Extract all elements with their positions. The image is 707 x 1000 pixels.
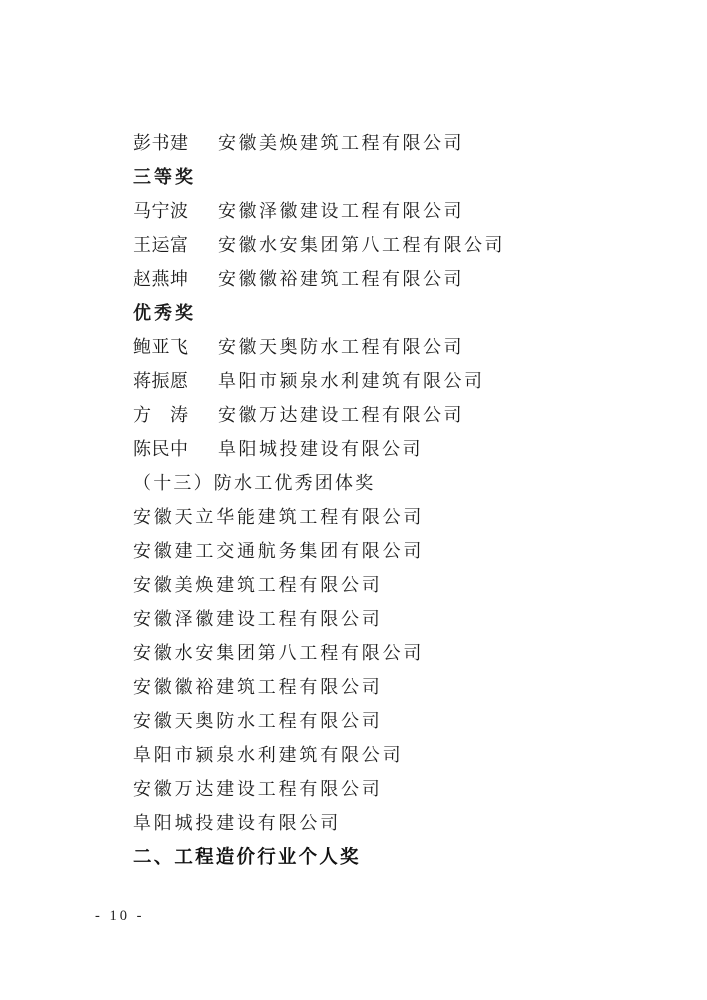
winner-company: 安徽天奥防水工程有限公司	[218, 337, 464, 357]
excellence-prize-heading: 优秀奖	[133, 296, 673, 330]
team-award-company: 安徽美焕建筑工程有限公司	[133, 568, 673, 602]
team-award-company: 安徽天立华能建筑工程有限公司	[133, 500, 673, 534]
winner-company: 阜阳市颍泉水利建筑有限公司	[218, 371, 485, 391]
winner-name: 蒋振愿	[133, 364, 218, 398]
award-winner-row: 方 涛安徽万达建设工程有限公司	[133, 398, 673, 432]
winner-company: 安徽美焕建筑工程有限公司	[218, 133, 464, 153]
winner-company: 安徽水安集团第八工程有限公司	[218, 235, 505, 255]
team-award-company: 阜阳城投建设有限公司	[133, 806, 673, 840]
team-award-company: 安徽水安集团第八工程有限公司	[133, 636, 673, 670]
team-award-company: 安徽建工交通航务集团有限公司	[133, 534, 673, 568]
team-award-heading: （十三）防水工优秀团体奖	[133, 466, 673, 500]
winner-company: 安徽徽裕建筑工程有限公司	[218, 269, 464, 289]
award-winner-row: 彭书建安徽美焕建筑工程有限公司	[133, 126, 673, 160]
award-winner-row: 陈民中阜阳城投建设有限公司	[133, 432, 673, 466]
winner-name: 彭书建	[133, 126, 218, 160]
award-winner-row: 马宁波安徽泽徽建设工程有限公司	[133, 194, 673, 228]
winner-name: 陈民中	[133, 432, 218, 466]
award-winner-row: 王运富安徽水安集团第八工程有限公司	[133, 228, 673, 262]
winner-name: 王运富	[133, 228, 218, 262]
team-award-company: 安徽万达建设工程有限公司	[133, 772, 673, 806]
team-award-company: 安徽泽徽建设工程有限公司	[133, 602, 673, 636]
winner-company: 阜阳城投建设有限公司	[218, 439, 423, 459]
team-award-company: 阜阳市颍泉水利建筑有限公司	[133, 738, 673, 772]
winner-name: 马宁波	[133, 194, 218, 228]
third-prize-heading: 三等奖	[133, 160, 673, 194]
winner-name: 方 涛	[133, 398, 218, 432]
document-page: 彭书建安徽美焕建筑工程有限公司 三等奖 马宁波安徽泽徽建设工程有限公司 王运富安…	[0, 0, 707, 1000]
page-number: - 10 -	[95, 908, 144, 925]
award-winner-row: 赵燕坤安徽徽裕建筑工程有限公司	[133, 262, 673, 296]
team-award-company: 安徽徽裕建筑工程有限公司	[133, 670, 673, 704]
winner-company: 安徽万达建设工程有限公司	[218, 405, 464, 425]
award-winner-row: 蒋振愿阜阳市颍泉水利建筑有限公司	[133, 364, 673, 398]
winner-name: 鲍亚飞	[133, 330, 218, 364]
document-content: 彭书建安徽美焕建筑工程有限公司 三等奖 马宁波安徽泽徽建设工程有限公司 王运富安…	[133, 126, 673, 874]
award-winner-row: 鲍亚飞安徽天奥防水工程有限公司	[133, 330, 673, 364]
team-award-company: 安徽天奥防水工程有限公司	[133, 704, 673, 738]
winner-name: 赵燕坤	[133, 262, 218, 296]
next-section-heading: 二、工程造价行业个人奖	[133, 840, 673, 874]
winner-company: 安徽泽徽建设工程有限公司	[218, 201, 464, 221]
